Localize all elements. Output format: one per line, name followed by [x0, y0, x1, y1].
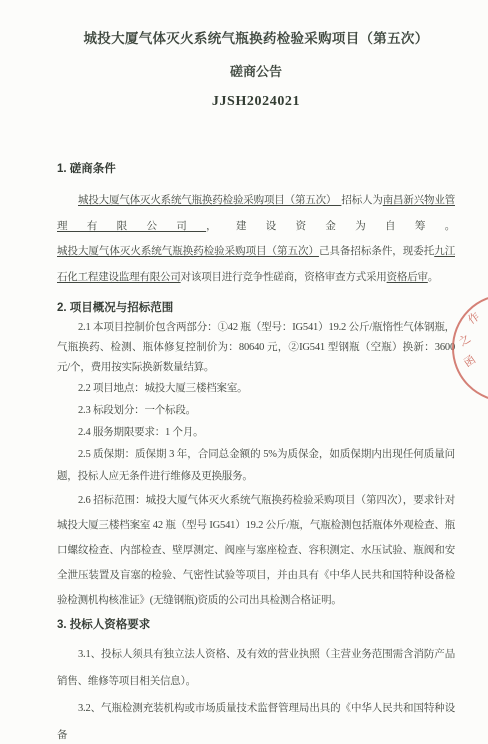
paragraph-2-3: 2.3 标段划分：一个标段。 — [57, 400, 455, 422]
text-segment: 。 — [428, 272, 438, 283]
paragraph-3-1: 3.1、投标人须具有独立法人资格、及有效的营业执照（主营业务范围需含消防产品销售… — [57, 641, 455, 695]
section-heading-1: 1. 磋商条件 — [57, 161, 455, 177]
doc-subtitle: 磋商公告 — [57, 63, 455, 80]
paragraph-1-1: 城投大厦气体灭火系统气瓶换药检验采购项目（第五次） 招标人为南昌新兴物业管理有限… — [57, 188, 455, 290]
paragraph-2-2: 2.2 项目地点：城投大厦三楼档案室。 — [57, 378, 455, 400]
document-page: 城投大厦气体灭火系统气瓶换药检验采购项目（第五次） 磋商公告 JJSH20240… — [0, 0, 488, 744]
qualification-method-underlined: 资格后审 — [387, 272, 428, 283]
document-content: 城投大厦气体灭火系统气瓶换药检验采购项目（第五次） 磋商公告 JJSH20240… — [57, 0, 455, 744]
paragraph-3-2: 3.2、气瓶检测充装机构或市场质量技术监督管理局出具的《中华人民共和国特种设备 — [57, 695, 455, 744]
section-heading-2: 2. 项目概况与招标范围 — [57, 300, 455, 316]
paragraph-2-4: 2.4 服务期限要求：1 个月。 — [57, 422, 455, 444]
text-segment: 对该项目进行竞争性磋商，资格审查方式采用 — [181, 272, 387, 283]
paragraph-2-1: 2.1 本项目控制价包含两部分：①42 瓶（型号：IG541）19.2 公斤/瓶… — [57, 318, 455, 378]
doc-title: 城投大厦气体灭火系统气瓶换药检验采购项目（第五次） — [57, 30, 455, 48]
project-name-underlined: 城投大厦气体灭火系统气瓶换药检验采购项目（第五次） — [78, 195, 341, 206]
text-segment: 招标人为 — [341, 195, 382, 206]
paragraph-2-5: 2.5 质保期：质保期 3 年，合同总金额的 5%为质保金，如质保期内出现任何质… — [57, 444, 455, 488]
section-heading-3: 3. 投标人资格要求 — [57, 617, 455, 633]
doc-number: JJSH2024021 — [57, 93, 455, 111]
project-name-underlined: 城投大厦气体灭火系统气瓶换药检验采购项目（第五次） — [57, 246, 319, 257]
paragraph-2-6: 2.6 招标范围：城投大厦气体灭火系统气瓶换药检验采购项目（第四次），要求针对城… — [57, 488, 455, 613]
text-segment: ，建设资金为自筹。 — [206, 221, 455, 232]
text-segment: 己具备招标条件，现委托 — [319, 246, 434, 257]
